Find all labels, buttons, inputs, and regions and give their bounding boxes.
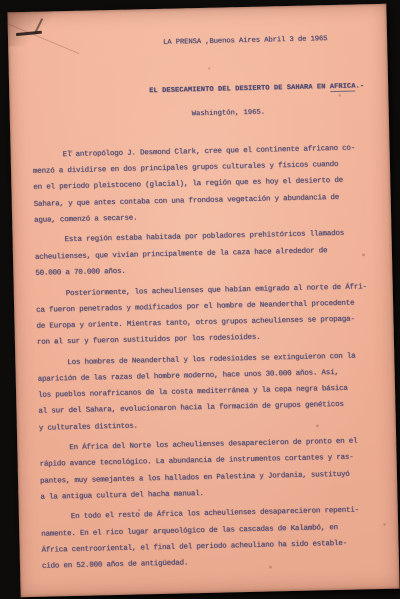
paragraph: Los hombres de Neanderthal y los rodesio… <box>37 348 387 437</box>
typewritten-content: LA PRENSA ,Buenos Aires Abril 3 de 1965 … <box>29 4 390 597</box>
article-title-main: EL DESECAMIENTO DEL DESIERTO DE SAHARA E… <box>149 83 330 95</box>
paragraph: Posteriormente, los acheulienses que hab… <box>36 278 385 351</box>
paragraph: En África del Norte los acheulienses des… <box>39 433 388 506</box>
paragraph: El antropólogo J. Desmond Clark, cree qu… <box>32 140 382 229</box>
byline-dateline: Washingtón, 1965. <box>192 109 265 119</box>
paragraph-container: El antropólogo J. Desmond Clark, cree qu… <box>32 140 390 579</box>
newspaper-dateline-header: LA PRENSA ,Buenos Aires Abril 3 de 1965 <box>163 35 327 47</box>
article-title-suffix: .- <box>356 82 365 90</box>
paragraph: En todo el resto de África los acheulien… <box>41 502 390 575</box>
paper-sheet: LA PRENSA ,Buenos Aires Abril 3 de 1965 … <box>7 4 399 597</box>
paragraph: Esta región estaba habitada por poblador… <box>34 225 383 281</box>
paper-speckles <box>7 12 8 13</box>
article-title-underlined: AFRICA <box>330 82 356 92</box>
scanned-document-page: { "page": { "background_color": "#0d0c0a… <box>0 0 400 599</box>
article-title: EL DESECAMIENTO DEL DESIERTO DE SAHARA E… <box>149 82 364 95</box>
